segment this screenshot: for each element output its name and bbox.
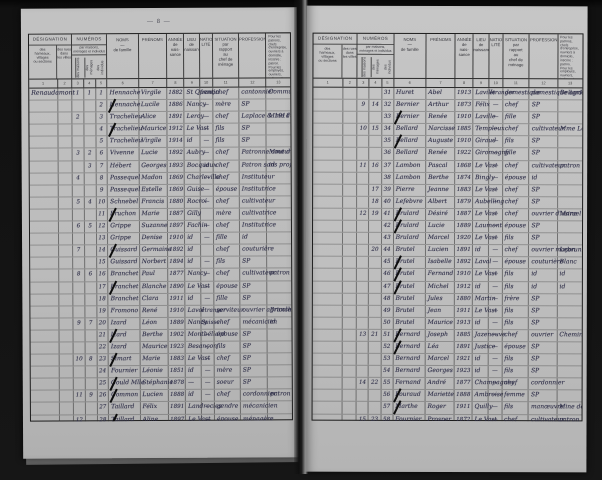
cell: Félix (473, 100, 489, 111)
cell (357, 221, 369, 232)
cell: épouse (214, 184, 240, 195)
cell: 1910 (169, 306, 186, 317)
cell: 1892 (455, 257, 473, 268)
cell (29, 125, 58, 136)
cell: Laval (186, 305, 202, 316)
cell (343, 136, 358, 147)
cell (267, 172, 291, 183)
cell (313, 172, 343, 183)
cell: Le Vast (473, 233, 489, 244)
column-header-noms: NOMS — de famille (107, 34, 139, 78)
col-no: 4 (84, 79, 96, 87)
cell: André (426, 378, 456, 389)
cell (30, 197, 59, 208)
cell: Virgile (139, 88, 168, 99)
cell (73, 161, 85, 172)
cell: 7 (85, 318, 97, 329)
cell (313, 221, 343, 232)
cell (357, 342, 369, 353)
cell: Berthe (426, 173, 456, 184)
cell: Roger (425, 402, 455, 413)
cell: Pascal (426, 161, 456, 172)
cell (557, 318, 581, 329)
cell: 1897 (169, 414, 186, 421)
cell: chef (503, 185, 530, 196)
cell: 1921 (455, 354, 473, 365)
cell: — (201, 257, 214, 268)
table-header: DÉSIGNATION des hameaux, villages ou sec… (29, 33, 290, 79)
cell: Léon (140, 318, 169, 329)
cell: cordonnier (529, 378, 557, 389)
cell (58, 125, 72, 136)
cell: Izard (109, 330, 140, 341)
cell (30, 149, 59, 160)
cell (31, 415, 60, 422)
cell: Patronne coutur. (240, 148, 267, 159)
cell: Berthe (140, 330, 169, 341)
cell (74, 403, 86, 414)
cell: Instituteur (240, 172, 267, 183)
cell: Stéphanie (140, 378, 169, 389)
cell (29, 101, 58, 112)
cell: manœuvre (529, 403, 557, 414)
cell: patron (557, 415, 581, 422)
cell (313, 366, 343, 377)
cell: épouse (214, 281, 240, 292)
cell: 18 (370, 197, 382, 208)
cell: — (489, 330, 502, 341)
cell: SP (239, 100, 266, 111)
cell: chef (214, 245, 240, 256)
cell (558, 173, 582, 184)
cell: 4 (96, 125, 108, 136)
cell: Albert (426, 197, 456, 208)
cell (73, 137, 85, 148)
cell: 1882 (168, 88, 185, 99)
cell: id (268, 317, 292, 328)
cell (85, 366, 97, 377)
cell: chef (503, 209, 530, 220)
cell: Francis (139, 197, 168, 208)
cell: 23 (97, 354, 109, 365)
cell (30, 306, 59, 317)
cell (268, 281, 292, 292)
cell: SP (240, 257, 267, 268)
cell: chef (214, 160, 240, 171)
cell (342, 414, 357, 421)
cell (357, 366, 369, 377)
cell: fils (502, 306, 529, 317)
cell: Denise (140, 233, 169, 244)
cell: 1 (96, 88, 108, 99)
cell: Michel (426, 281, 456, 292)
cell (58, 137, 72, 148)
col-no: 11 (213, 79, 239, 87)
cell: Institutrice (240, 220, 267, 231)
cell (84, 113, 96, 124)
cell: SP (241, 366, 268, 377)
cell: Grippe (108, 221, 139, 232)
cell: 1912 (168, 124, 185, 135)
cell (74, 330, 86, 341)
cell: Trachelieu (108, 124, 139, 135)
cell: SP (241, 329, 268, 340)
col-no: 9 (184, 79, 200, 87)
cell: Léonie (140, 366, 169, 377)
book-gutter (294, 0, 308, 474)
cell: 1869 (168, 173, 185, 184)
cell: 47 (381, 281, 393, 292)
cell: id (473, 282, 489, 293)
cell: 1913 (456, 88, 474, 99)
cell: 2 (96, 100, 108, 111)
cell: Lucien (140, 390, 169, 401)
cell: Le Vast (472, 415, 488, 422)
cell: — (489, 149, 502, 160)
cell (59, 355, 73, 366)
cell: 16 (97, 270, 109, 281)
table-row: 49BrutelJean1911Le Vast—filsSP (313, 305, 582, 318)
cell: Bernard (393, 342, 425, 353)
numeros-title: NUMÉROS (358, 34, 393, 45)
cell: — (200, 124, 213, 135)
cell: 1869 (168, 185, 185, 196)
cell: 51 (381, 330, 393, 341)
column-group-numeros: NUMÉROS par maisons, ménages et individu… (358, 34, 394, 78)
cell (86, 403, 98, 414)
cell (342, 354, 357, 365)
cell: 6 (85, 270, 97, 281)
cell: cultivateur (240, 269, 267, 280)
column-group-numeros: NUMÉROS par maisons, ménages et individu… (72, 34, 107, 78)
cell (267, 232, 291, 243)
cell (357, 281, 369, 292)
cell: SP (240, 293, 267, 304)
col-no: 1 (29, 80, 58, 88)
cell: chef (503, 100, 530, 111)
cell: cultivateur (529, 415, 557, 422)
cell (369, 354, 381, 365)
cell: — (201, 172, 214, 183)
cell (313, 245, 343, 256)
cell: Huret (394, 88, 426, 99)
cell (557, 306, 581, 317)
col-no: 12 (239, 78, 266, 86)
cell: 33 (382, 112, 394, 123)
cell (59, 318, 73, 329)
cell (73, 234, 85, 245)
cell: 17 (370, 185, 382, 196)
cell (59, 270, 73, 281)
cell (74, 367, 86, 378)
cell (73, 282, 85, 293)
cell (30, 161, 59, 172)
cell: Jazeneuve (473, 330, 489, 341)
cell: 1912 (455, 282, 473, 293)
cell (313, 148, 343, 159)
cell: 28 (97, 415, 109, 422)
cell: SP (241, 378, 268, 389)
cell: 16 (370, 160, 382, 171)
cell: serviteur (214, 305, 240, 316)
cell (369, 257, 381, 268)
cell: 4 (85, 197, 97, 208)
cell (59, 306, 73, 317)
cell (29, 113, 58, 124)
cell: Quilly (473, 403, 489, 414)
cell: Hébert (108, 161, 139, 172)
cell: 1902 (169, 330, 186, 341)
cell (342, 366, 357, 377)
cell (342, 402, 357, 413)
cell: — (202, 402, 215, 413)
cell: Joseph (426, 330, 456, 341)
cell: — (489, 136, 502, 147)
cell: id (185, 257, 201, 268)
cell: Leroy (185, 112, 201, 123)
col-no: 8 (167, 79, 184, 87)
cell: chef (213, 148, 239, 159)
cell (85, 330, 97, 341)
cell: mère (214, 209, 240, 220)
cell: 1891 (455, 245, 473, 256)
col-no: 6 (107, 79, 138, 87)
cell: — (202, 378, 215, 389)
cell (59, 258, 73, 269)
cell (73, 185, 85, 196)
cell: Hennache (108, 100, 139, 111)
cell: SP (239, 124, 266, 135)
cell: Léa (426, 342, 456, 353)
cell (313, 257, 343, 268)
cell: Le Vast (473, 209, 489, 220)
cell: 1883 (169, 354, 186, 365)
cell (558, 185, 582, 196)
column-header-profession: PROFESSION (530, 34, 558, 78)
cell (73, 294, 85, 305)
cell: 14 (357, 378, 369, 389)
cell (343, 221, 358, 232)
cell: Brutel (394, 281, 426, 292)
cell: 54 (381, 366, 393, 377)
cell: Bruchon (108, 209, 139, 220)
cell: Fernand (426, 269, 456, 280)
cell (59, 294, 73, 305)
cell: fils (502, 366, 529, 377)
cell: 32 (382, 100, 394, 111)
cell: — (489, 173, 502, 184)
cell: 19 (370, 209, 382, 220)
cell: 9 (96, 185, 108, 196)
cell: fils (502, 270, 529, 281)
cell (59, 379, 73, 390)
right-page: DÉSIGNATION des hameaux, villages ou sec… (305, 6, 587, 473)
cell: Nancy (185, 100, 201, 111)
cell: cantonnier (239, 87, 266, 98)
cell (72, 125, 84, 136)
cell (31, 355, 60, 366)
cell (58, 161, 72, 172)
cell: 1891 (168, 112, 185, 123)
cell: fille (503, 112, 530, 123)
cell: Commune de Vaux (267, 87, 291, 98)
cell (357, 233, 369, 244)
cell: Marcel (426, 233, 456, 244)
cell: Taillard (109, 415, 140, 422)
cell: Le Vast (185, 281, 201, 292)
cell: SP (529, 306, 557, 317)
table-row: 38LambonBerthe1874Bingly—épouseid (313, 172, 582, 185)
cell: ouvrier d'usine (529, 209, 557, 220)
cell: mécanicien (240, 317, 267, 328)
column-header-noms: NOMS — de famille (394, 34, 426, 78)
cell (85, 209, 97, 220)
cell: Georges (426, 366, 456, 377)
cell (343, 148, 358, 159)
cell (268, 378, 292, 389)
cell: SP (530, 149, 558, 160)
cell: domestique agric. (530, 88, 558, 99)
cell: Lambon (394, 160, 426, 171)
column-header-nationalite: NATIONA- LITÉ (490, 34, 504, 78)
cell: cultivateur (530, 161, 558, 172)
column-header-situation: SITUATION par rapport au chef de ménage (503, 34, 530, 78)
cell: id (558, 282, 582, 293)
cell: femme (502, 390, 529, 401)
cell: mère (213, 100, 239, 111)
cell (558, 112, 582, 123)
cell: Mariette (425, 390, 455, 401)
cell: — (489, 270, 502, 281)
cell (31, 330, 60, 341)
cell: Le Vast (186, 414, 202, 421)
cell: Guissard (108, 257, 139, 268)
cell (85, 185, 97, 196)
cell (58, 185, 72, 196)
cell (557, 366, 581, 377)
cell (268, 329, 292, 340)
cell: 9 (358, 100, 370, 111)
table-row: 1840LefebvreAlbert1879Aubelling—chefSP (313, 196, 582, 209)
cell: 21 (369, 330, 381, 341)
cell (369, 305, 381, 316)
table-row: 121941BrulardDésiré1887Le Vast—chefouvri… (313, 209, 582, 222)
cell: chef (502, 245, 529, 256)
cell: 25 (97, 379, 109, 390)
cell: chef (213, 112, 239, 123)
cell: SP (529, 354, 557, 365)
cell (557, 294, 581, 305)
cell: 8 (73, 270, 85, 281)
cell: cultivateur (240, 196, 267, 207)
cell: gendre (215, 402, 241, 413)
table-row: 1228TaillardAline1897Le Vast—épouseménag… (31, 414, 292, 422)
cell: 36 (382, 148, 394, 159)
cell: fille (503, 149, 530, 160)
cell: 8 (85, 354, 97, 365)
cell (31, 379, 60, 390)
cell: — (201, 281, 214, 292)
cell: Nancy (186, 318, 202, 329)
cell (313, 354, 343, 365)
cell: Paul (140, 269, 169, 280)
cell: Ambroise (473, 390, 489, 401)
table-row: 47BrutelMichel1912id—filsidid (313, 281, 582, 294)
cell (59, 246, 73, 257)
cell: fils (502, 318, 529, 329)
cell: 1923 (169, 342, 186, 353)
table-row: 42BrulardLucie1889Laumont—épouseSP (313, 221, 582, 234)
cell: Marthe (393, 402, 425, 413)
cell: 45 (381, 257, 393, 268)
cell (313, 112, 343, 123)
cell (58, 173, 72, 184)
table-row: 111637LambonPascal1868Le Vast—chefcultiv… (313, 160, 582, 173)
table-row: 50BrutelMaurice1913id—filsSP (313, 317, 582, 330)
cell: Charleville (185, 172, 201, 183)
cell (85, 246, 97, 257)
cell: 12 (74, 415, 86, 422)
column-header-observations: Pour les patrons, chefs d'entreprise, ou… (266, 33, 290, 77)
col-no: 1 (313, 79, 343, 87)
cell: 27 (97, 403, 109, 414)
cell (85, 258, 97, 269)
col-no: 3 (358, 79, 370, 87)
col-no: 6 (394, 79, 426, 87)
cell: 42 (382, 221, 394, 232)
cell: fils (502, 403, 529, 414)
cell: 38 (382, 172, 394, 183)
cell: fils (214, 257, 240, 268)
cell: 1879 (456, 197, 474, 208)
cell (201, 209, 214, 220)
cell (313, 184, 343, 195)
cell: Mme Le Cadet (558, 125, 582, 136)
cell (58, 113, 72, 124)
cell (357, 390, 369, 401)
cell: Simart (109, 354, 140, 365)
cell (342, 318, 357, 329)
cell (558, 100, 582, 111)
cell (58, 101, 72, 112)
cell: Bernard (393, 366, 425, 377)
cell: — (201, 221, 214, 232)
cell: fille (214, 233, 240, 244)
cell: Institutrice (240, 184, 267, 195)
cell (343, 100, 358, 111)
cell (30, 258, 59, 269)
cell (30, 270, 59, 281)
cell: id (267, 160, 291, 171)
numeros-note: par maisons, ménages et individus (358, 45, 393, 56)
cell: chef (214, 172, 240, 183)
cell: chef (214, 317, 240, 328)
col-no: 3 (72, 79, 84, 87)
cell: Branchet (109, 294, 140, 305)
cell: 1911 (455, 306, 473, 317)
table-row: 45BrutelIsabelle1892Laval—épousecouturiè… (313, 257, 582, 270)
cell (342, 293, 357, 304)
table-row: 152358FournierProsper1872Le Vast—chefcul… (313, 414, 582, 421)
cell (358, 136, 370, 147)
cell: couturière (240, 245, 267, 256)
cell: 1910 (456, 136, 474, 147)
cell: 55 (381, 378, 393, 389)
numeros-sub-individus: des individus (96, 57, 104, 77)
cell: Pierre (394, 185, 426, 196)
cell (343, 112, 358, 123)
cell (358, 112, 370, 123)
